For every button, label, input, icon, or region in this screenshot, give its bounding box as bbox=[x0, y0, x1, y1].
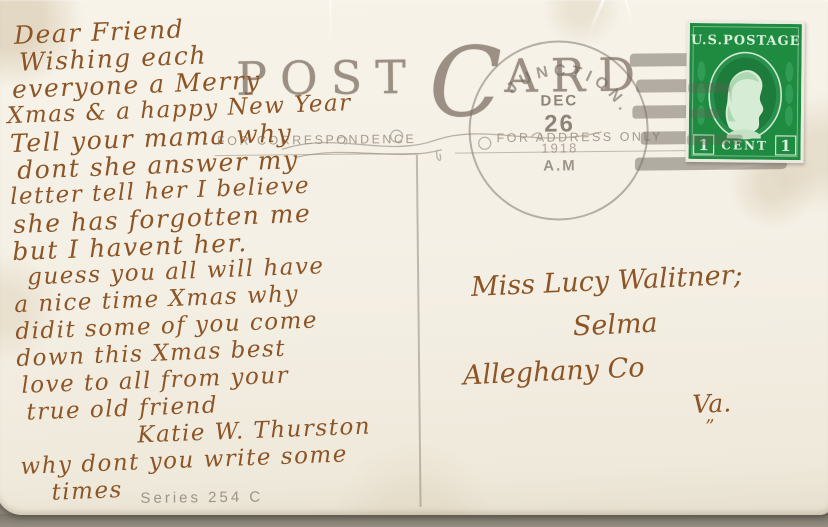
postmark-time: A.M bbox=[469, 157, 651, 176]
handwritten-address: Miss Lucy Walitner; Selma Alleghany Co V… bbox=[430, 250, 828, 446]
stamp-top-label: U.S.POSTAGE bbox=[691, 33, 801, 49]
postmark-month: DEC bbox=[468, 92, 650, 111]
cancellation-mark bbox=[688, 83, 730, 93]
cancellation-mark bbox=[690, 109, 720, 118]
postmark-day: 26 bbox=[468, 110, 650, 140]
paper-crease bbox=[624, 0, 633, 26]
handwritten-message: Dear Friend Wishing each everyone a Merr… bbox=[3, 6, 451, 508]
postcard-photo: POST C ARD FOR CORRESPONDENCE FOR ADDRES… bbox=[0, 0, 828, 527]
postmark: JUNCTION. DEC 26 1918 A.M bbox=[468, 40, 652, 224]
stamp-value-right: 1 bbox=[780, 137, 791, 155]
cancellation-mark bbox=[687, 135, 743, 146]
postmark-date: DEC 26 1918 A.M bbox=[468, 92, 651, 176]
postcard-content: POST C ARD FOR CORRESPONDENCE FOR ADDRES… bbox=[0, 0, 828, 527]
paper-crease bbox=[587, 0, 606, 35]
postmark-year: 1918 bbox=[469, 140, 651, 157]
